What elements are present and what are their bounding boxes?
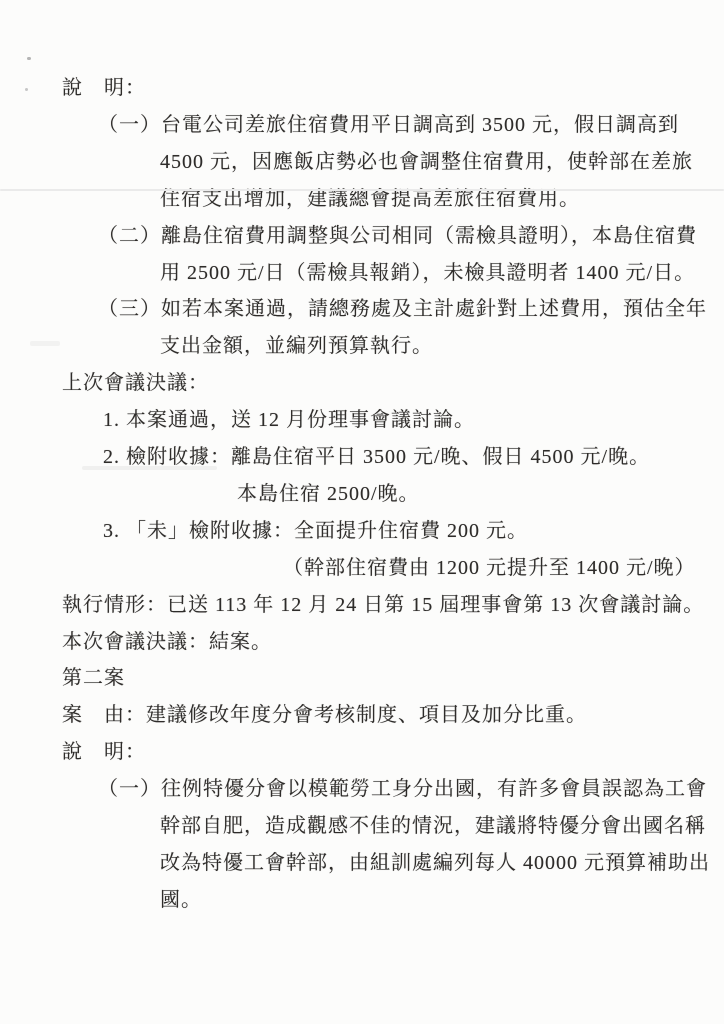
document-text-layer: 說 明：（一）台電公司差旅住宿費用平日調高到 3500 元，假日調高到4500 … <box>0 0 724 1024</box>
scanned-document-page: 說 明：（一）台電公司差旅住宿費用平日調高到 3500 元，假日調高到4500 … <box>0 0 724 1024</box>
text-line: 4500 元，因應飯店勢必也會調整住宿費用，使幹部在差旅 <box>160 144 693 181</box>
text-line: 國。 <box>160 882 202 919</box>
text-line: 上次會議決議： <box>62 365 209 402</box>
text-line: 說 明： <box>62 734 146 771</box>
text-line: 案 由：建議修改年度分會考核制度、項目及加分比重。 <box>62 697 587 734</box>
text-line: 改為特優工會幹部，由組訓處編列每人 40000 元預算補助出 <box>160 845 710 882</box>
text-line: 幹部自肥，造成觀感不佳的情況，建議將特優分會出國名稱 <box>160 808 706 845</box>
text-line: 1. 本案通過，送 12 月份理事會議討論。 <box>103 402 475 439</box>
text-line: 本島住宿 2500/晚。 <box>237 476 420 513</box>
text-line: 住宿支出增加，建議總會提高差旅住宿費用。 <box>160 181 580 218</box>
text-line: 3. 「未」檢附收據：全面提升住宿費 200 元。 <box>103 513 528 550</box>
text-line: （一）往例特優分會以模範勞工身分出國，有許多會員誤認為工會 <box>98 771 707 808</box>
text-line: （幹部住宿費由 1200 元提升至 1400 元/晚） <box>283 550 696 587</box>
text-line: 2. 檢附收據：離島住宿平日 3500 元/晚、假日 4500 元/晚。 <box>103 439 650 476</box>
text-line: 用 2500 元/日（需檢具報銷），未檢具證明者 1400 元/日。 <box>160 255 695 292</box>
text-line: 執行情形：已送 113 年 12 月 24 日第 15 屆理事會第 13 次會議… <box>62 587 704 624</box>
text-line: 支出金額，並編列預算執行。 <box>160 328 433 365</box>
text-line: （三）如若本案通過，請總務處及主計處針對上述費用，預估全年 <box>98 291 707 328</box>
text-line: 第二案 <box>62 660 125 697</box>
text-line: 本次會議決議：結案。 <box>62 624 272 661</box>
text-line: （一）台電公司差旅住宿費用平日調高到 3500 元，假日調高到 <box>98 107 679 144</box>
text-line: （二）離島住宿費用調整與公司相同（需檢具證明），本島住宿費 <box>98 218 697 255</box>
text-line: 說 明： <box>62 70 146 107</box>
